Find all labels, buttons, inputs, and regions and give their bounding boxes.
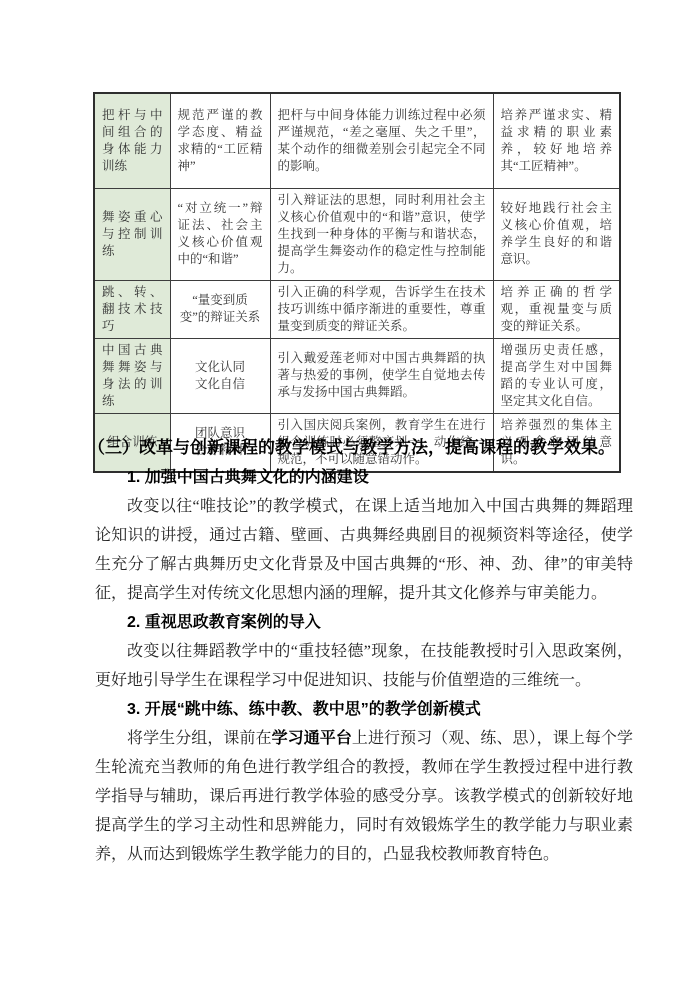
table-row: 把杆与中间组合的身体能力训练 规范严谨的教学态度、精益求精的“工匠精神” 把杆与… — [94, 93, 620, 188]
training-module-cell: 把杆与中间组合的身体能力训练 — [94, 93, 170, 188]
expected-outcome-cell: 较好地践行社会主义核心价值观，培养学生良好的和谐意识。 — [493, 188, 620, 280]
document-page: 把杆与中间组合的身体能力训练 规范严谨的教学态度、精益求精的“工匠精神” 把杆与… — [0, 0, 696, 983]
expected-outcome-cell: 培养严谨求实、精益求精的职业素养，较好地培养其“工匠精神”。 — [493, 93, 620, 188]
expected-outcome-cell: 增强历史责任感，提高学生对中国舞蹈的专业认可度，坚定其文化自信。 — [493, 338, 620, 413]
subsection-2-heading: 2. 重视思政教育案例的导入 — [95, 608, 633, 637]
paragraph-1: 改变以往“唯技论”的教学模式，在课上适当地加入中国古典舞的舞蹈理论知识的讲授，通… — [95, 492, 633, 608]
design-description-cell: 引入辩证法的思想，同时利用社会主义核心价值观中的“和谐”意识，使学生找到一种身体… — [270, 188, 493, 280]
ideology-element-cell: 规范严谨的教学态度、精益求精的“工匠精神” — [170, 93, 270, 188]
curriculum-ideology-table: 把杆与中间组合的身体能力训练 规范严谨的教学态度、精益求精的“工匠精神” 把杆与… — [93, 92, 621, 473]
learning-platform-bold-text: 学习通平台 — [272, 730, 352, 747]
subsection-3-heading: 3. 开展“跳中练、练中教、教中思”的教学创新模式 — [95, 695, 633, 724]
paragraph-2: 改变以往舞蹈教学中的“重技轻德”现象，在技能教授时引入思政案例，更好地引导学生在… — [95, 637, 633, 695]
ideology-element-cell: “量变到质变”的辩证关系 — [170, 280, 270, 338]
curriculum-ideology-table-wrap: 把杆与中间组合的身体能力训练 规范严谨的教学态度、精益求精的“工匠精神” 把杆与… — [93, 92, 621, 473]
design-description-cell: 引入戴爱莲老师对中国古典舞蹈的执著与热爱的事例，使学生自觉地去传承与发扬中国古典… — [270, 338, 493, 413]
design-description-cell: 把杆与中间身体能力训练过程中必须严谨规范，“差之毫厘、失之千里”，某个动作的细微… — [270, 93, 493, 188]
design-description-cell: 引入正确的科学观，告诉学生在技术技巧训练中循序渐进的重要性，尊重量变到质变的辩证… — [270, 280, 493, 338]
training-module-cell: 舞姿重心与控制训练 — [94, 188, 170, 280]
training-module-cell: 中国古典舞舞姿与身法的训练 — [94, 338, 170, 413]
paragraph-3-text: 将学生分组，课前在 — [127, 730, 272, 747]
expected-outcome-cell: 培养正确的哲学观，重视量变与质变的辩证关系。 — [493, 280, 620, 338]
table-row: 中国古典舞舞姿与身法的训练 文化认同 文化自信 引入戴爱莲老师对中国古典舞蹈的执… — [94, 338, 620, 413]
paragraph-3-text: 上进行预习（观、练、思），课上每个学生轮流充当教师的角色进行教学组合的教授，教师… — [95, 730, 633, 863]
table-row: 舞姿重心与控制训练 “对立统一”辩证法、社会主义核心价值观中的“和谐” 引入辩证… — [94, 188, 620, 280]
ideology-element-cell: 文化认同 文化自信 — [170, 338, 270, 413]
training-module-cell: 跳、转、翻技术技巧 — [94, 280, 170, 338]
table-row: 跳、转、翻技术技巧 “量变到质变”的辩证关系 引入正确的科学观，告诉学生在技术技… — [94, 280, 620, 338]
section-heading: （三）改革与创新课程的教学模式与教学方法，提高课程的教学效果。 — [88, 433, 633, 462]
subsection-1-heading: 1. 加强中国古典舞文化的内涵建设 — [95, 463, 633, 492]
paragraph-3: 将学生分组，课前在学习通平台上进行预习（观、练、思），课上每个学生轮流充当教师的… — [95, 724, 633, 869]
ideology-element-cell: “对立统一”辩证法、社会主义核心价值观中的“和谐” — [170, 188, 270, 280]
section-body: （三）改革与创新课程的教学模式与教学方法，提高课程的教学效果。 1. 加强中国古… — [95, 433, 633, 869]
